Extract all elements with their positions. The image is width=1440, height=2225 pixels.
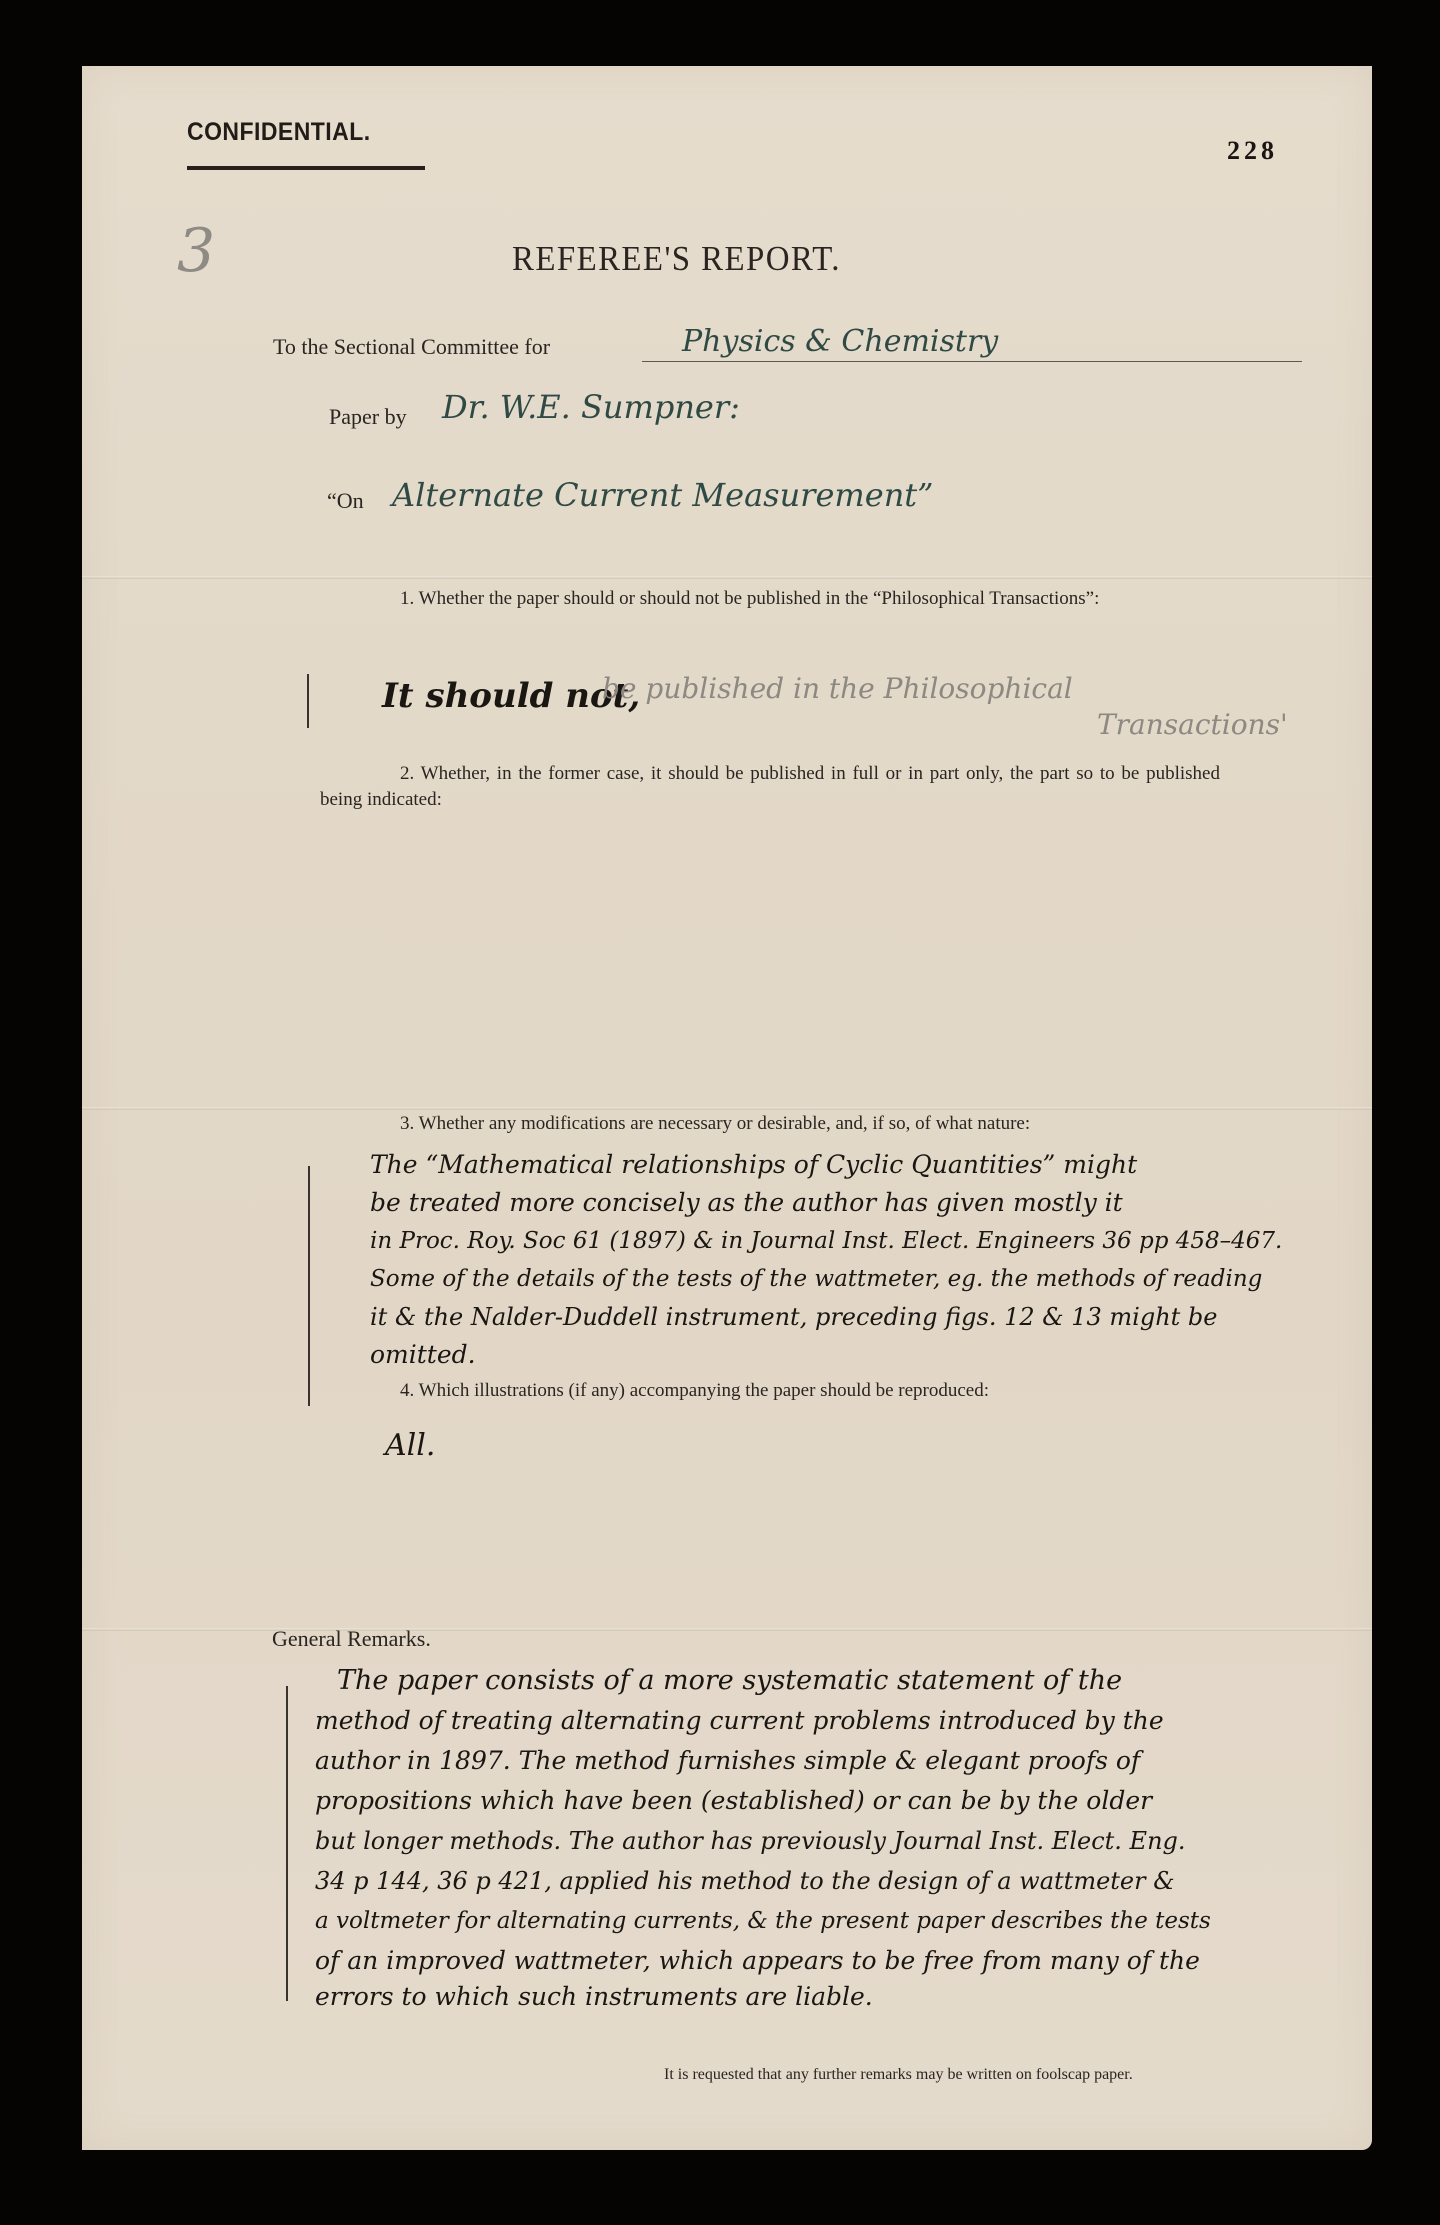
remarks-line-7: a voltmeter for alternating currents, & … <box>315 1904 1211 1938</box>
question-2: 2. Whether, in the former case, it shoul… <box>320 761 1220 813</box>
question-1-text: Whether the paper should or should not b… <box>419 588 1100 609</box>
page-title: REFEREE'S REPORT. <box>512 239 841 279</box>
page-number: 228 <box>1227 136 1278 166</box>
question-2-number: 2. <box>400 763 414 784</box>
question-3-answer-line-4: Some of the details of the tests of the … <box>370 1262 1262 1296</box>
paper-title-prefix: “On <box>327 488 364 514</box>
committee-value: Physics & Chemistry <box>682 324 998 359</box>
margin-bar-remarks <box>286 1686 288 2001</box>
paper-title-value: Alternate Current Measurement” <box>392 476 934 514</box>
question-3-answer-line-3: in Proc. Roy. Soc 61 (1897) & in Journal… <box>370 1224 1282 1258</box>
question-3-number: 3. <box>400 1113 414 1134</box>
remarks-line-2: method of treating alternating current p… <box>315 1704 1164 1738</box>
question-4-answer: All. <box>385 1428 435 1463</box>
paper-author: Dr. W.E. Sumpner: <box>442 388 740 426</box>
question-4-number: 4. <box>400 1380 414 1401</box>
referee-report-sheet: CONFIDENTIAL. 228 3 REFEREE'S REPORT. To… <box>82 66 1372 2150</box>
question-1-answer-pencil-1: be published in the Philosophical <box>602 672 1073 705</box>
margin-annotation-number: 3 <box>177 216 215 286</box>
question-1: 1. Whether the paper should or should no… <box>320 586 1220 612</box>
question-3-text: Whether any modifications are necessary … <box>419 1113 1030 1134</box>
confidential-label: CONFIDENTIAL. <box>187 118 371 147</box>
paper-by-label: Paper by <box>329 404 407 430</box>
margin-bar-q1 <box>307 674 309 728</box>
question-4-text: Which illustrations (if any) accompanyin… <box>419 1380 989 1401</box>
fold-line-upper <box>82 576 1372 579</box>
question-3-answer-line-6: omitted. <box>370 1338 476 1372</box>
question-4: 4. Which illustrations (if any) accompan… <box>400 1378 1300 1404</box>
committee-label: To the Sectional Committee for <box>273 334 550 360</box>
fold-line-middle <box>82 1107 1372 1110</box>
question-3: 3. Whether any modifications are necessa… <box>400 1111 1300 1137</box>
remarks-line-6: 34 p 144, 36 p 421, applied his method t… <box>315 1864 1175 1898</box>
remarks-line-9: errors to which such instruments are lia… <box>315 1980 873 2014</box>
remarks-line-4: propositions which have been (establishe… <box>315 1784 1152 1818</box>
remarks-line-8: of an improved wattmeter, which appears … <box>315 1944 1200 1978</box>
margin-bar-q3 <box>308 1166 310 1406</box>
question-3-answer-line-1: The “Mathematical relationships of Cycli… <box>370 1148 1137 1182</box>
general-remarks-label: General Remarks. <box>272 1626 431 1652</box>
remarks-line-5: but longer methods. The author has previ… <box>315 1824 1186 1858</box>
question-3-answer-line-2: be treated more concisely as the author … <box>370 1186 1123 1220</box>
confidential-underline <box>187 166 425 170</box>
committee-underline <box>642 361 1302 362</box>
question-2-text: Whether, in the former case, it should b… <box>320 763 1220 810</box>
remarks-line-1: The paper consists of a more systematic … <box>337 1664 1122 1698</box>
question-1-number: 1. <box>400 588 414 609</box>
remarks-line-3: author in 1897. The method furnishes sim… <box>315 1744 1140 1778</box>
footer-note: It is requested that any further remarks… <box>664 2066 1133 2084</box>
question-3-answer-line-5: it & the Nalder-Duddell instrument, prec… <box>370 1300 1218 1334</box>
question-1-answer-pencil-2: Transactions' <box>1097 708 1288 741</box>
